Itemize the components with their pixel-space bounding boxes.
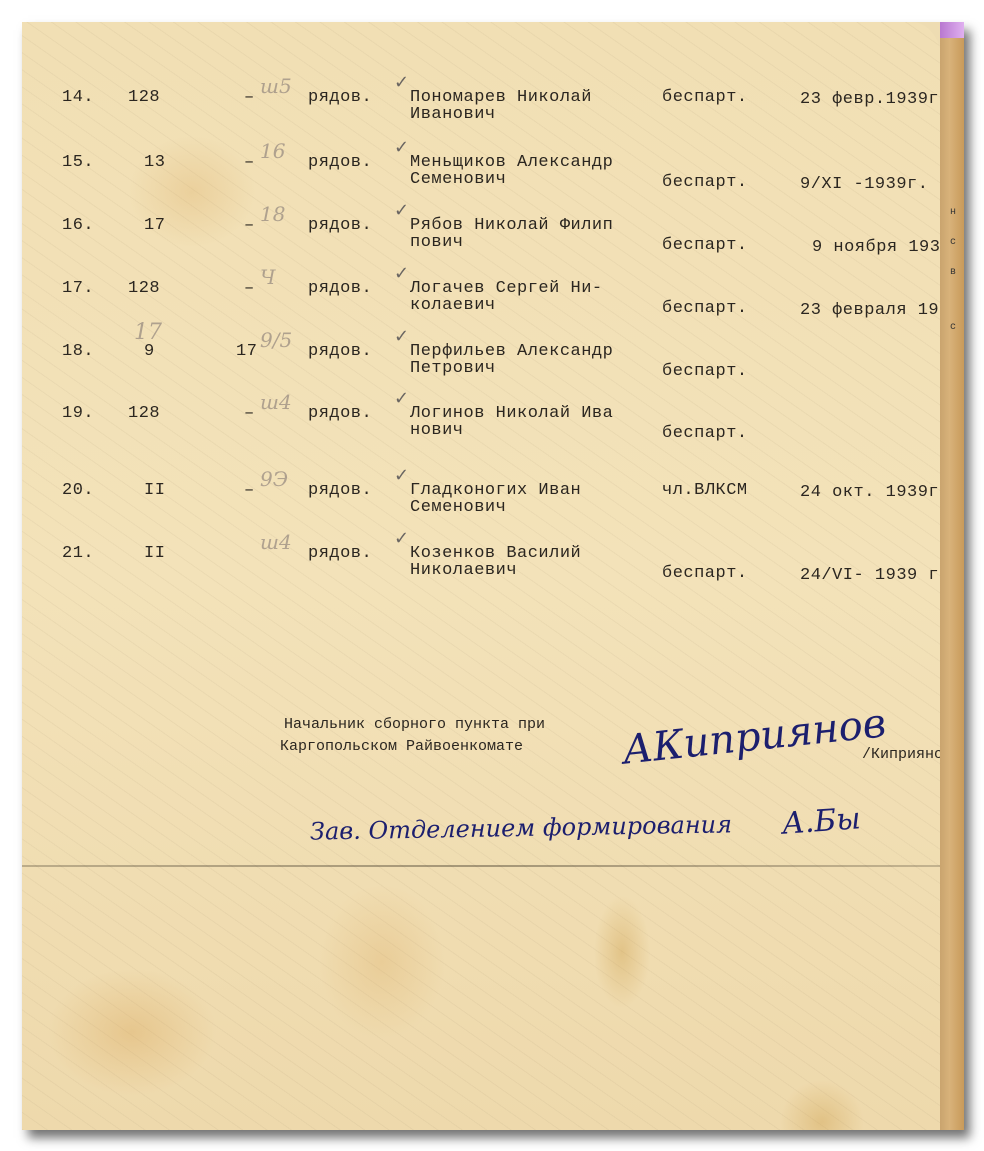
party-status: беспарт. xyxy=(662,88,748,107)
check-mark-icon: ✓ xyxy=(394,388,409,409)
full-name-line2: колаевич xyxy=(410,296,496,315)
unit-number: 17 xyxy=(144,216,165,235)
unit-number: 128 xyxy=(128,279,160,298)
rank: рядов. xyxy=(308,153,372,172)
pencil-annotation: 18 xyxy=(260,202,285,226)
rank: рядов. xyxy=(308,481,372,500)
row-number: 17. xyxy=(62,279,94,298)
adjacent-page-edge: н с в с xyxy=(940,22,964,1130)
full-name-line2: Иванович xyxy=(410,105,496,124)
commander-printed-name: /Киприяно xyxy=(862,746,943,763)
team-number: – xyxy=(244,481,255,500)
date: 9/XI -1939г. xyxy=(800,175,928,194)
team-number: – xyxy=(244,88,255,107)
unit-number: 128 xyxy=(128,88,160,107)
rank: рядов. xyxy=(308,544,372,563)
team-number: 17 xyxy=(236,342,257,361)
check-mark-icon: ✓ xyxy=(394,72,409,93)
party-status: беспарт. xyxy=(662,173,748,192)
list-row: 19. 128 – ш4 рядов. ✓ Логинов Николай Ив… xyxy=(22,404,942,464)
department-head-signature: А.Бы xyxy=(781,801,862,841)
party-status: беспарт. xyxy=(662,362,748,381)
team-number: – xyxy=(244,216,255,235)
pencil-annotation: Ч xyxy=(260,265,275,289)
row-number: 16. xyxy=(62,216,94,235)
signature-title-line2: Каргопольском Райвоенкомате xyxy=(280,738,523,755)
row-number: 18. xyxy=(62,342,94,361)
check-mark-icon: ✓ xyxy=(394,263,409,284)
team-number: – xyxy=(244,279,255,298)
list-row: 16. 17 – 18 рядов. ✓ Рябов Николай Филип… xyxy=(22,216,942,276)
pencil-annotation: ш4 xyxy=(260,390,292,414)
unit-number: 13 xyxy=(144,153,165,172)
date: 24 окт. 1939г. xyxy=(800,483,950,502)
unit-number: 128 xyxy=(128,404,160,423)
date: 9 ноября 1939 xyxy=(812,238,951,257)
row-number: 15. xyxy=(62,153,94,172)
unit-number: II xyxy=(144,481,165,500)
document-photo: 14. 128 – ш5 рядов. ✓ Пономарев Николай … xyxy=(22,22,964,1130)
list-row: 20. II – 9Э рядов. ✓ Гладконогих Иван Се… xyxy=(22,481,942,541)
pencil-annotation: ш4 xyxy=(260,530,292,554)
full-name-line2: нович xyxy=(410,421,464,440)
team-number: – xyxy=(244,404,255,423)
rank: рядов. xyxy=(308,342,372,361)
date: 23 февр.1939г. xyxy=(800,90,950,109)
row-number: 14. xyxy=(62,88,94,107)
pencil-annotation: 9Э xyxy=(260,467,288,491)
check-mark-icon: ✓ xyxy=(394,528,409,549)
row-number: 19. xyxy=(62,404,94,423)
page-fold-line xyxy=(22,865,942,867)
check-mark-icon: ✓ xyxy=(394,200,409,221)
handwritten-department-note: Зав. Отделением формирования xyxy=(310,810,732,845)
rank: рядов. xyxy=(308,88,372,107)
team-number: – xyxy=(244,153,255,172)
document-page: 14. 128 – ш5 рядов. ✓ Пономарев Николай … xyxy=(22,22,942,1130)
row-number: 21. xyxy=(62,544,94,563)
check-mark-icon: ✓ xyxy=(394,465,409,486)
check-mark-icon: ✓ xyxy=(394,137,409,158)
list-row: 21. II ш4 рядов. ✓ Козенков Василий Нико… xyxy=(22,544,942,604)
rank: рядов. xyxy=(308,279,372,298)
rank: рядов. xyxy=(308,404,372,423)
rank: рядов. xyxy=(308,216,372,235)
party-status: чл.ВЛКСМ xyxy=(662,481,748,500)
party-status: беспарт. xyxy=(662,236,748,255)
date: 24/VI- 1939 г. xyxy=(800,566,950,585)
pencil-annotation: ш5 xyxy=(260,74,292,98)
full-name-line2: Николаевич xyxy=(410,561,517,580)
party-status: беспарт. xyxy=(662,424,748,443)
pencil-annotation: 9/5 xyxy=(260,328,292,352)
list-row: 15. 13 – 16 рядов. ✓ Меньщиков Александр… xyxy=(22,153,942,213)
pencil-unit-note: 17 xyxy=(134,320,162,345)
party-status: беспарт. xyxy=(662,299,748,318)
pencil-annotation: 16 xyxy=(260,139,285,163)
full-name-line2: Семенович xyxy=(410,170,506,189)
party-status: беспарт. xyxy=(662,564,748,583)
full-name-line2: Семенович xyxy=(410,498,506,517)
list-row: 14. 128 – ш5 рядов. ✓ Пономарев Николай … xyxy=(22,88,942,148)
full-name-line2: Петрович xyxy=(410,359,496,378)
background-flower xyxy=(940,22,964,38)
date: 23 февраля 193 xyxy=(800,301,950,320)
full-name-line2: пович xyxy=(410,233,464,252)
unit-number: II xyxy=(144,544,165,563)
signature-title-line1: Начальник сборного пункта при xyxy=(284,716,545,733)
check-mark-icon: ✓ xyxy=(394,326,409,347)
list-row: 18. 9 17 17 9/5 рядов. ✓ Перфильев Алекс… xyxy=(22,342,942,402)
row-number: 20. xyxy=(62,481,94,500)
commander-signature: АКиприянов xyxy=(620,700,888,773)
